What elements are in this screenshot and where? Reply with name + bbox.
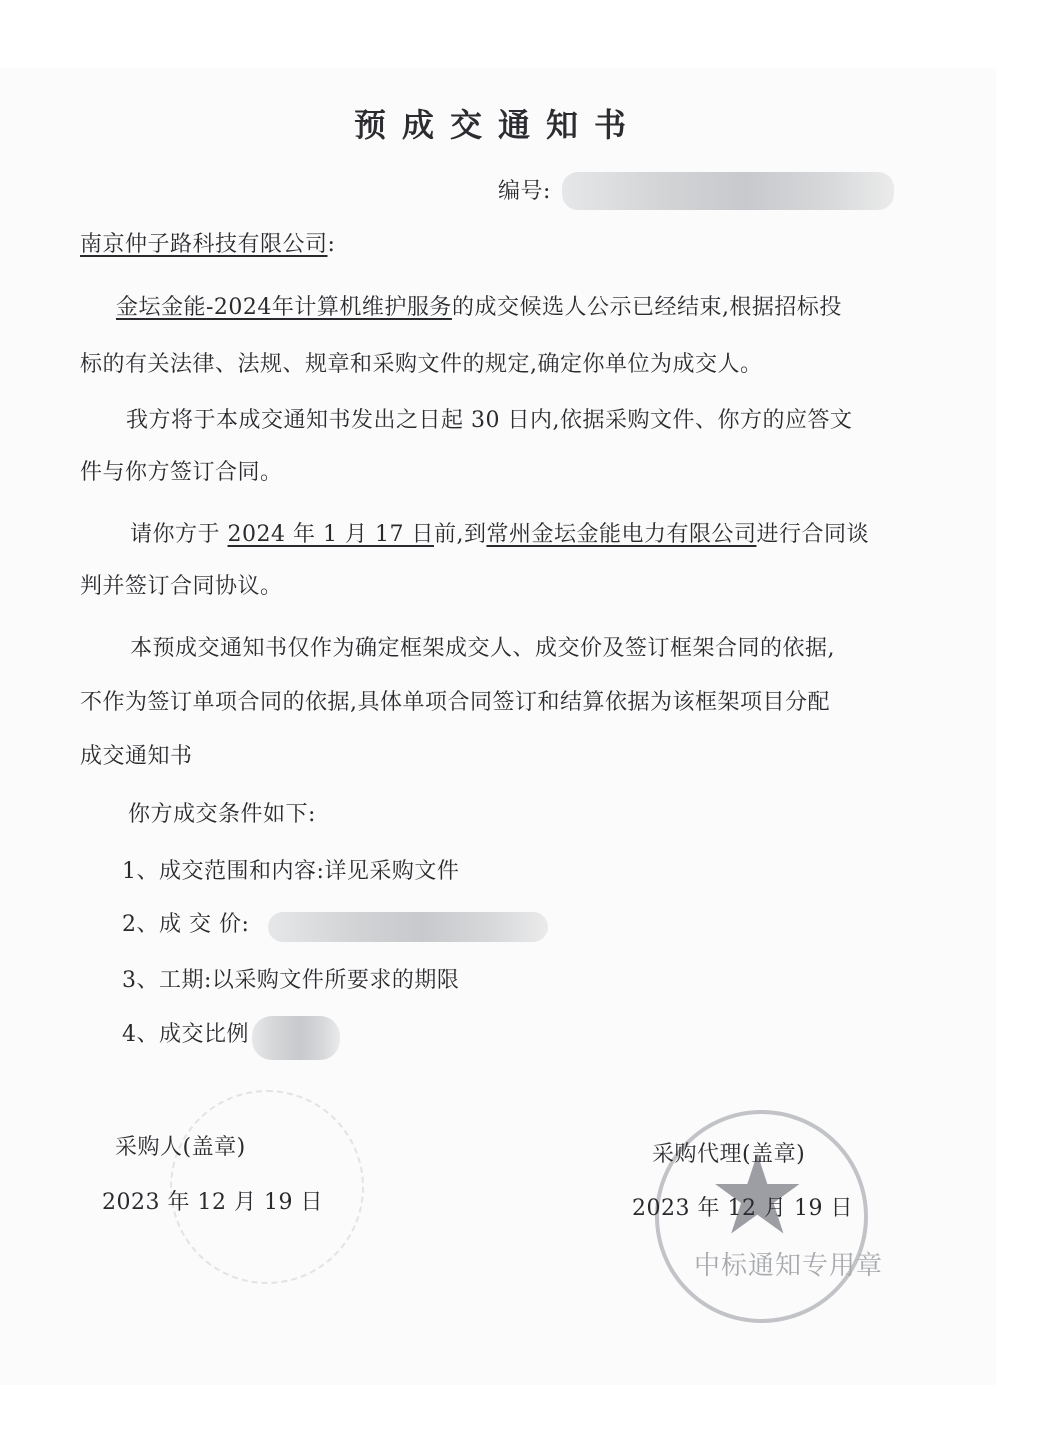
number-label: 编号: <box>498 177 551 207</box>
condition-4: 4、成交比例 <box>122 1020 249 1050</box>
document-title: 预成交通知书 <box>0 100 996 146</box>
paragraph-3-suffix: 进行合同谈 <box>756 522 869 547</box>
paragraph-3-line-2: 判并签订合同协议。 <box>80 572 283 602</box>
buyer-company: 常州金坛金能电力有限公司 <box>486 522 756 547</box>
recipient-colon: : <box>328 232 336 257</box>
paragraph-1-text: 的成交候选人公示已经结束,根据招标投 <box>452 295 842 320</box>
redacted-ratio <box>252 1016 340 1060</box>
paragraph-4-line-1: 本预成交通知书仅作为确定框架成交人、成交价及签订框架合同的依据, <box>130 634 835 664</box>
deadline-date: 2024 年 1 月 17 日 <box>228 522 434 547</box>
paragraph-3-line-1: 请你方于 2024 年 1 月 17 日前,到常州金坛金能电力有限公司进行合同谈 <box>130 520 869 550</box>
purchaser-date: 2023 年 12 月 19 日 <box>102 1188 323 1218</box>
paragraph-2-line-1: 我方将于本成交通知书发出之日起 30 日内,依据采购文件、你方的应答文 <box>126 406 852 436</box>
paragraph-4-line-3: 成交通知书 <box>80 742 193 772</box>
agent-date: 2023 年 12 月 19 日 <box>632 1194 853 1224</box>
agent-label: 采购代理(盖章) <box>652 1140 805 1170</box>
recipient-company: 南京仲子路科技有限公司 <box>80 232 328 257</box>
redacted-price <box>268 912 548 942</box>
project-name: 金坛金能-2024年计算机维护服务 <box>116 295 452 320</box>
condition-2: 2、成 交 价: <box>122 910 249 940</box>
paragraph-4-line-2: 不作为签订单项合同的依据,具体单项合同签订和结算依据为该框架项目分配 <box>80 688 830 718</box>
agent-stamp-text: 中标通知专用章 <box>694 1245 883 1282</box>
condition-3: 3、工期:以采购文件所要求的期限 <box>122 966 459 996</box>
paragraph-3-mid: 前,到 <box>434 522 487 547</box>
paragraph-1-line-1: 金坛金能-2024年计算机维护服务的成交候选人公示已经结束,根据招标投 <box>116 293 842 323</box>
purchaser-stamp-faint <box>170 1090 364 1284</box>
paragraph-1-line-2: 标的有关法律、法规、规章和采购文件的规定,确定你单位为成交人。 <box>80 350 763 380</box>
recipient-line: 南京仲子路科技有限公司: <box>80 230 335 260</box>
conditions-heading: 你方成交条件如下: <box>128 800 316 830</box>
redacted-number <box>562 172 894 210</box>
purchaser-label: 采购人(盖章) <box>115 1133 246 1163</box>
paragraph-2-line-2: 件与你方签订合同。 <box>80 458 283 488</box>
condition-1: 1、成交范围和内容:详见采购文件 <box>122 857 459 887</box>
paragraph-3-prefix: 请你方于 <box>130 522 228 547</box>
